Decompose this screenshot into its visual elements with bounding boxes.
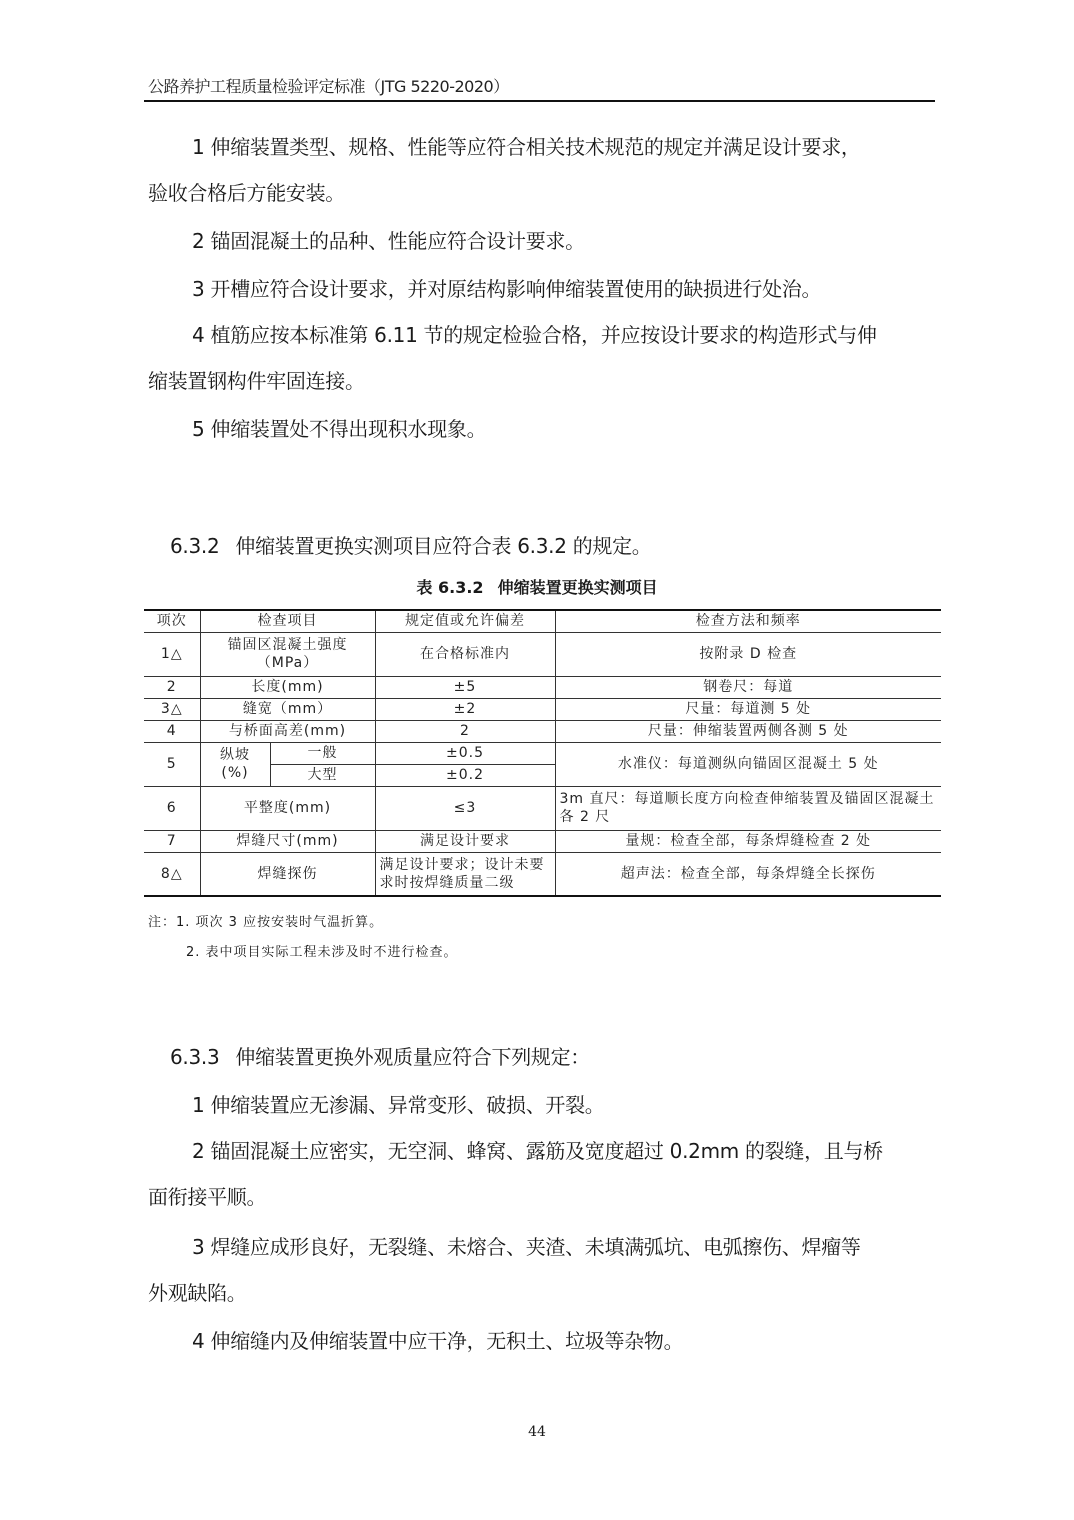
requirement-2: 2 锚固混凝土的品种、性能应符合设计要求。 — [148, 218, 938, 264]
table-row: 4 与桥面高差(mm) 2 尺量：伸缩装置两侧各测 5 处 — [144, 720, 941, 742]
cell-item: 焊缝探伤 — [200, 852, 375, 896]
header-divider — [144, 100, 935, 102]
cell-no: 1△ — [144, 632, 200, 676]
table-number: 表 6.3.2 — [416, 578, 483, 597]
item-text: 开槽应符合设计要求，并对原结构影响伸缩装置使用的缺损进行处治。 — [211, 277, 822, 301]
cell-tolerance: 满足设计要求；设计未要求时按焊缝质量二级 — [375, 852, 555, 896]
cell-no: 4 — [144, 720, 200, 742]
cell-method: 超声法：检查全部，每条焊缝全长探伤 — [555, 852, 941, 896]
cell-no: 5 — [144, 742, 200, 786]
table-title: 伸缩装置更换实测项目 — [498, 578, 658, 597]
section-number: 6.3.2 — [170, 534, 219, 558]
cell-method: 按附录 D 检查 — [555, 632, 941, 676]
header-cell: 检查方法和频率 — [555, 610, 941, 632]
item-text: 伸缩装置应无渗漏、异常变形、破损、开裂。 — [211, 1093, 605, 1117]
item-text: 焊缝应成形良好，无裂缝、未熔合、夹渣、未填满弧坑、电弧擦伤、焊瘤等 — [211, 1235, 861, 1259]
cell-no: 7 — [144, 830, 200, 852]
cell-tolerance: ±2 — [375, 698, 555, 720]
item-text-continued: 外观缺陷。 — [148, 1281, 247, 1305]
cell-tolerance: 2 — [375, 720, 555, 742]
item-number: 2 — [192, 1139, 204, 1163]
cell-item: 缝宽（mm） — [200, 698, 375, 720]
cell-method: 3m 直尺：每道顺长度方向检查伸缩装置及锚固区混凝土各 2 尺 — [555, 786, 941, 830]
item-text: 植筋应按本标准第 6.11 节的规定检验合格，并应按设计要求的构造形式与伸 — [211, 323, 877, 347]
cell-subtype: 一般 — [270, 742, 375, 764]
header-cell: 规定值或允许偏差 — [375, 610, 555, 632]
item-text: 锚固混凝土的品种、性能应符合设计要求。 — [211, 229, 585, 253]
table-caption: 表 6.3.2伸缩装置更换实测项目 — [0, 576, 1074, 600]
cell-method: 水准仪：每道测纵向锚固区混凝土 5 处 — [555, 742, 941, 786]
section-number: 6.3.3 — [170, 1045, 219, 1069]
item-text: 锚固混凝土应密实，无空洞、蜂窝、露筋及宽度超过 0.2mm 的裂缝，且与桥 — [211, 1139, 883, 1163]
table-row: 1△ 锚固区混凝土强度（MPa） 在合格标准内 按附录 D 检查 — [144, 632, 941, 676]
cell-item: 纵坡 (%) — [200, 742, 270, 786]
item-number: 3 — [192, 277, 204, 301]
cell-no: 6 — [144, 786, 200, 830]
section-text: 伸缩装置更换外观质量应符合下列规定： — [235, 1045, 590, 1069]
cell-method: 量规：检查全部，每条焊缝检查 2 处 — [555, 830, 941, 852]
table-row: 6 平整度(mm) ≤3 3m 直尺：每道顺长度方向检查伸缩装置及锚固区混凝土各… — [144, 786, 941, 830]
cell-item: 长度(mm) — [200, 676, 375, 698]
cell-tolerance: ±5 — [375, 676, 555, 698]
appearance-2: 2 锚固混凝土应密实，无空洞、蜂窝、露筋及宽度超过 0.2mm 的裂缝，且与桥 … — [148, 1128, 938, 1220]
page-number: 44 — [0, 1424, 1074, 1440]
requirement-4: 4 植筋应按本标准第 6.11 节的规定检验合格，并应按设计要求的构造形式与伸 … — [148, 312, 938, 404]
item-number: 1 — [192, 135, 204, 159]
appearance-3: 3 焊缝应成形良好，无裂缝、未熔合、夹渣、未填满弧坑、电弧擦伤、焊瘤等 外观缺陷… — [148, 1224, 938, 1316]
header-cell: 检查项目 — [200, 610, 375, 632]
cell-item: 锚固区混凝土强度（MPa） — [200, 632, 375, 676]
inspection-table: 项次 检查项目 规定值或允许偏差 检查方法和频率 1△ 锚固区混凝土强度（MPa… — [144, 609, 941, 897]
cell-item: 焊缝尺寸(mm) — [200, 830, 375, 852]
section-6-3-2: 6.3.2伸缩装置更换实测项目应符合表 6.3.2 的规定。 — [170, 532, 652, 560]
cell-no: 8△ — [144, 852, 200, 896]
table-header-row: 项次 检查项目 规定值或允许偏差 检查方法和频率 — [144, 610, 941, 632]
item-number: 4 — [192, 323, 204, 347]
cell-item: 平整度(mm) — [200, 786, 375, 830]
item-number: 4 — [192, 1329, 204, 1353]
cell-method: 尺量：伸缩装置两侧各测 5 处 — [555, 720, 941, 742]
section-text: 伸缩装置更换实测项目应符合表 6.3.2 的规定。 — [235, 534, 651, 558]
cell-subtype: 大型 — [270, 764, 375, 786]
note-1: 注：1. 项次 3 应按安装时气温折算。 — [148, 908, 458, 938]
requirement-3: 3 开槽应符合设计要求，并对原结构影响伸缩装置使用的缺损进行处治。 — [148, 266, 938, 312]
appearance-1: 1 伸缩装置应无渗漏、异常变形、破损、开裂。 — [148, 1082, 938, 1128]
section-6-3-3: 6.3.3伸缩装置更换外观质量应符合下列规定： — [170, 1043, 590, 1071]
item-number: 1 — [192, 1093, 204, 1117]
item-text: 伸缩装置处不得出现积水现象。 — [211, 417, 487, 441]
cell-method: 尺量：每道测 5 处 — [555, 698, 941, 720]
table-row: 7 焊缝尺寸(mm) 满足设计要求 量规：检查全部，每条焊缝检查 2 处 — [144, 830, 941, 852]
item-text-continued: 面衔接平顺。 — [148, 1185, 266, 1209]
item-text: 伸缩缝内及伸缩装置中应干净，无积土、垃圾等杂物。 — [211, 1329, 684, 1353]
cell-tolerance: ±0.2 — [375, 764, 555, 786]
requirement-1: 1 伸缩装置类型、规格、性能等应符合相关技术规范的规定并满足设计要求， 验收合格… — [148, 124, 938, 216]
cell-item: 与桥面高差(mm) — [200, 720, 375, 742]
running-header: 公路养护工程质量检验评定标准（JTG 5220-2020） — [148, 76, 934, 98]
cell-tolerance: 在合格标准内 — [375, 632, 555, 676]
table-row: 8△ 焊缝探伤 满足设计要求；设计未要求时按焊缝质量二级 超声法：检查全部，每条… — [144, 852, 941, 896]
note-2: 2. 表中项目实际工程未涉及时不进行检查。 — [148, 938, 458, 968]
table-notes: 注：1. 项次 3 应按安装时气温折算。 2. 表中项目实际工程未涉及时不进行检… — [148, 908, 458, 968]
header-cell: 项次 — [144, 610, 200, 632]
cell-tolerance: 满足设计要求 — [375, 830, 555, 852]
cell-tolerance: ±0.5 — [375, 742, 555, 764]
item-text-continued: 缩装置钢构件牢固连接。 — [148, 369, 365, 393]
table-row: 5 纵坡 (%) 一般 ±0.5 水准仪：每道测纵向锚固区混凝土 5 处 — [144, 742, 941, 764]
cell-tolerance: ≤3 — [375, 786, 555, 830]
item-text-continued: 验收合格后方能安装。 — [148, 181, 345, 205]
cell-no: 3△ — [144, 698, 200, 720]
item-text: 伸缩装置类型、规格、性能等应符合相关技术规范的规定并满足设计要求， — [211, 135, 861, 159]
table-row: 2 长度(mm) ±5 钢卷尺：每道 — [144, 676, 941, 698]
item-number: 2 — [192, 229, 204, 253]
cell-no: 2 — [144, 676, 200, 698]
requirement-5: 5 伸缩装置处不得出现积水现象。 — [148, 406, 938, 452]
table-row: 3△ 缝宽（mm） ±2 尺量：每道测 5 处 — [144, 698, 941, 720]
item-number: 5 — [192, 417, 204, 441]
cell-method: 钢卷尺：每道 — [555, 676, 941, 698]
appearance-4: 4 伸缩缝内及伸缩装置中应干净，无积土、垃圾等杂物。 — [148, 1318, 938, 1364]
item-number: 3 — [192, 1235, 204, 1259]
